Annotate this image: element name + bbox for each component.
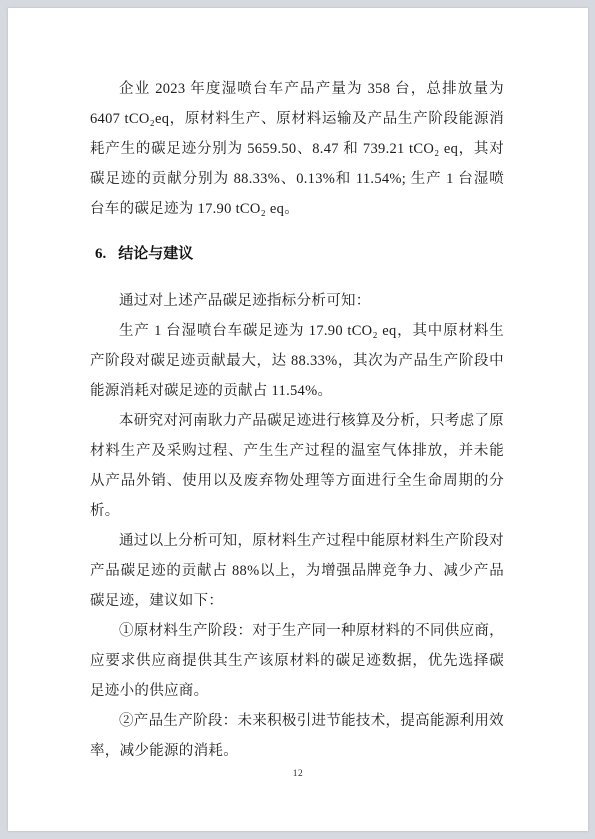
page-number: 12	[8, 769, 588, 779]
body-paragraph: 通过对上述产品碳足迹指标分析可知：	[90, 286, 504, 316]
intro-paragraph: 企业 2023 年度湿喷台车产品产量为 358 台，总排放量为 6407 tCO…	[90, 74, 504, 224]
section-heading: 6.结论与建议	[90, 239, 504, 269]
viewer-canvas: { "colors": { "canvas_background": "#d6d…	[0, 0, 595, 839]
body-paragraph: ①原材料生产阶段：对于生产同一种原材料的不同供应商，应要求供应商提供其生产该原材…	[90, 616, 504, 706]
body-paragraph: ②产品生产阶段：未来积极引进节能技术，提高能源利用效率，减少能源的消耗。	[90, 706, 504, 766]
document-page: 企业 2023 年度湿喷台车产品产量为 358 台，总排放量为 6407 tCO…	[8, 8, 588, 831]
body-paragraph: 生产 1 台湿喷台车碳足迹为 17.90 tCO₂ eq，其中原材料生产阶段对碳…	[90, 316, 504, 406]
body-paragraph: 本研究对河南耿力产品碳足迹进行核算及分析，只考虑了原材料生产及采购过程、产生生产…	[90, 406, 504, 526]
page-content: 企业 2023 年度湿喷台车产品产量为 358 台，总排放量为 6407 tCO…	[8, 8, 588, 766]
section-number: 6.	[95, 246, 106, 262]
section-title: 结论与建议	[118, 246, 193, 262]
body-paragraph: 通过以上分析可知，原材料生产过程中能原材料生产阶段对产品碳足迹的贡献占 88%以…	[90, 526, 504, 616]
